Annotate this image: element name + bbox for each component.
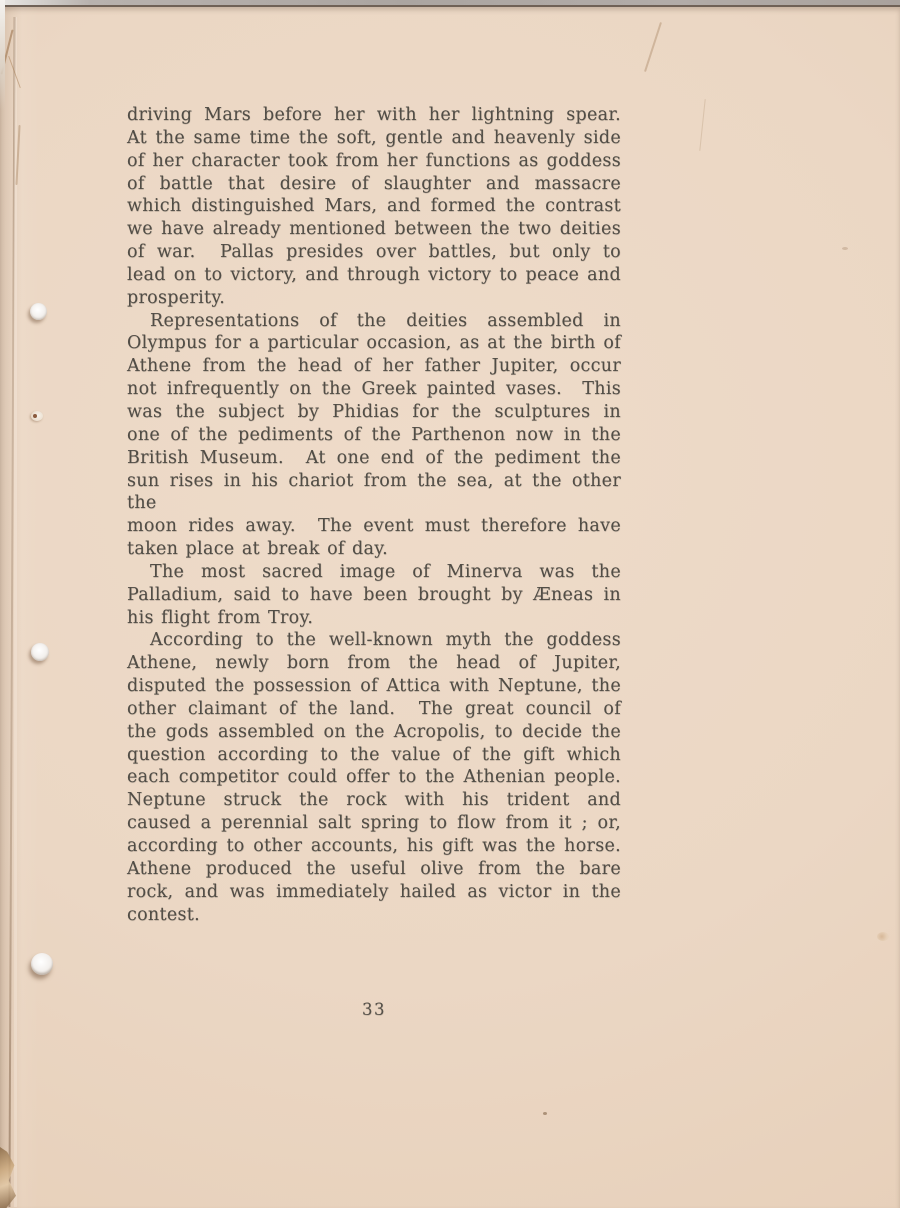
text-line: Palladium, said to have been brought by … [127, 584, 621, 607]
text-line: one of the pediments of the Parthenon no… [127, 424, 621, 447]
fold-highlight [14, 17, 17, 1206]
text-line: Representations of the deities assembled… [127, 310, 621, 333]
punch-hole [31, 643, 49, 661]
text-line: British Museum. At one end of the pedime… [127, 447, 621, 470]
paper-crease [644, 22, 662, 72]
paper-speck [877, 932, 889, 941]
text-line: of her character took from her functions… [127, 150, 621, 173]
paragraph: Representations of the deities assembled… [127, 310, 621, 561]
text-line: The most sacred image of Minerva was the [127, 561, 621, 584]
scanner-edge-sliver [0, 0, 5, 110]
page-left-shading [0, 7, 40, 1206]
paper-crease [699, 99, 705, 151]
text-line: Athene produced the useful olive from th… [127, 858, 621, 881]
text-line: driving Mars before her with her lightni… [127, 104, 621, 127]
text-line: other claimant of the land. The great co… [127, 698, 621, 721]
text-line: the gods assembled on the Acropolis, to … [127, 721, 621, 744]
text-line: contest. [127, 904, 621, 927]
text-line: we have already mentioned between the tw… [127, 218, 621, 241]
text-line: Athene, newly born from the head of Jupi… [127, 652, 621, 675]
text-block: driving Mars before her with her lightni… [127, 104, 621, 926]
text-line: of battle that desire of slaughter and m… [127, 173, 621, 196]
text-line: was the subject by Phidias for the sculp… [127, 401, 621, 424]
punch-hole [30, 303, 47, 320]
paragraph: driving Mars before her with her lightni… [127, 104, 621, 310]
text-line: taken place at break of day. [127, 538, 621, 561]
text-line: caused a perennial salt spring to flow f… [127, 812, 621, 835]
text-line: not infrequently on the Greek painted va… [127, 378, 621, 401]
text-line: question according to the value of the g… [127, 744, 621, 767]
text-line: According to the well-known myth the god… [127, 629, 621, 652]
text-line: each competitor could offer to the Athen… [127, 766, 621, 789]
paragraph: According to the well-known myth the god… [127, 629, 621, 926]
text-line: prosperity. [127, 287, 621, 310]
text-line: Neptune struck the rock with his trident… [127, 789, 621, 812]
text-line: of war. Pallas presides over battles, bu… [127, 241, 621, 264]
paper-speck [842, 247, 848, 250]
text-line: lead on to victory, and through victory … [127, 264, 621, 287]
text-line: Olympus for a particular occasion, as at… [127, 332, 621, 355]
text-line: sun rises in his chariot from the sea, a… [127, 470, 621, 516]
paragraph: The most sacred image of Minerva was the… [127, 561, 621, 630]
text-line: Athene from the head of her father Jupit… [127, 355, 621, 378]
text-line: according to other accounts, his gift wa… [127, 835, 621, 858]
text-line: moon rides away. The event must therefor… [127, 515, 621, 538]
paper-speck [543, 1112, 547, 1115]
text-line: his flight from Troy. [127, 607, 621, 630]
text-line: disputed the possession of Attica with N… [127, 675, 621, 698]
small-punch-mark [31, 411, 43, 421]
text-line: At the same time the soft, gentle and he… [127, 127, 621, 150]
punch-hole [31, 953, 53, 975]
text-line: rock, and was immediately hailed as vict… [127, 881, 621, 904]
text-line: which distinguished Mars, and formed the… [127, 195, 621, 218]
page-number: 33 [127, 1000, 621, 1019]
